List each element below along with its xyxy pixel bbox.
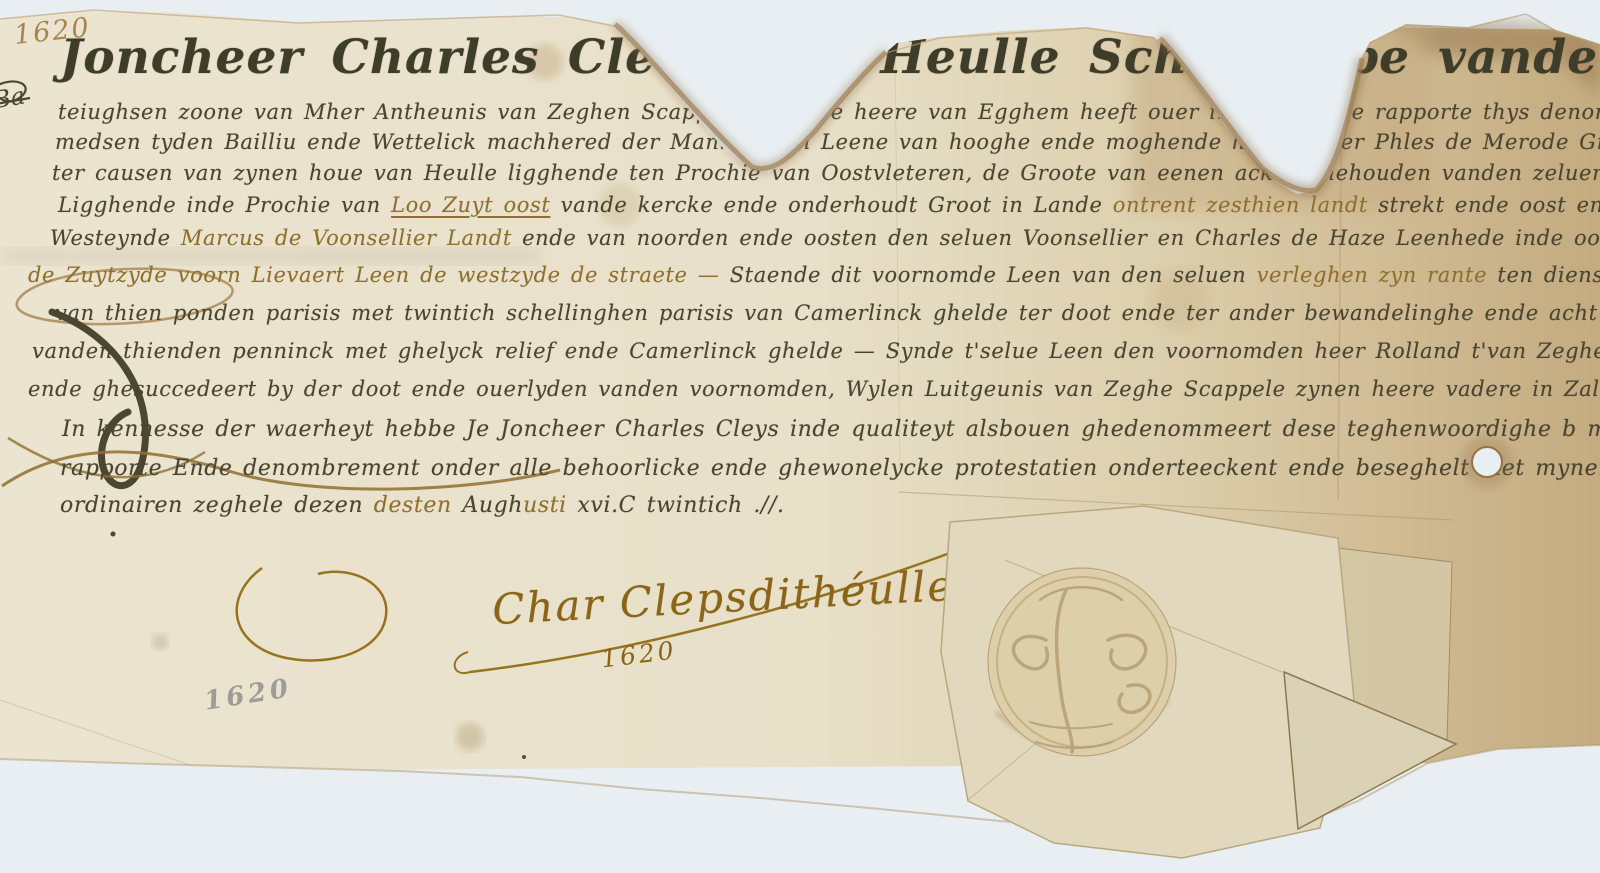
- wax-seal: [988, 568, 1176, 756]
- parchment-document-scan: 1620 Ba Joncheer Charles Clens dict Heul…: [0, 0, 1600, 873]
- tears-and-seal-overlay: [0, 0, 1600, 873]
- tear-top-background: [0, 0, 1600, 194]
- worm-hole: [1472, 447, 1502, 477]
